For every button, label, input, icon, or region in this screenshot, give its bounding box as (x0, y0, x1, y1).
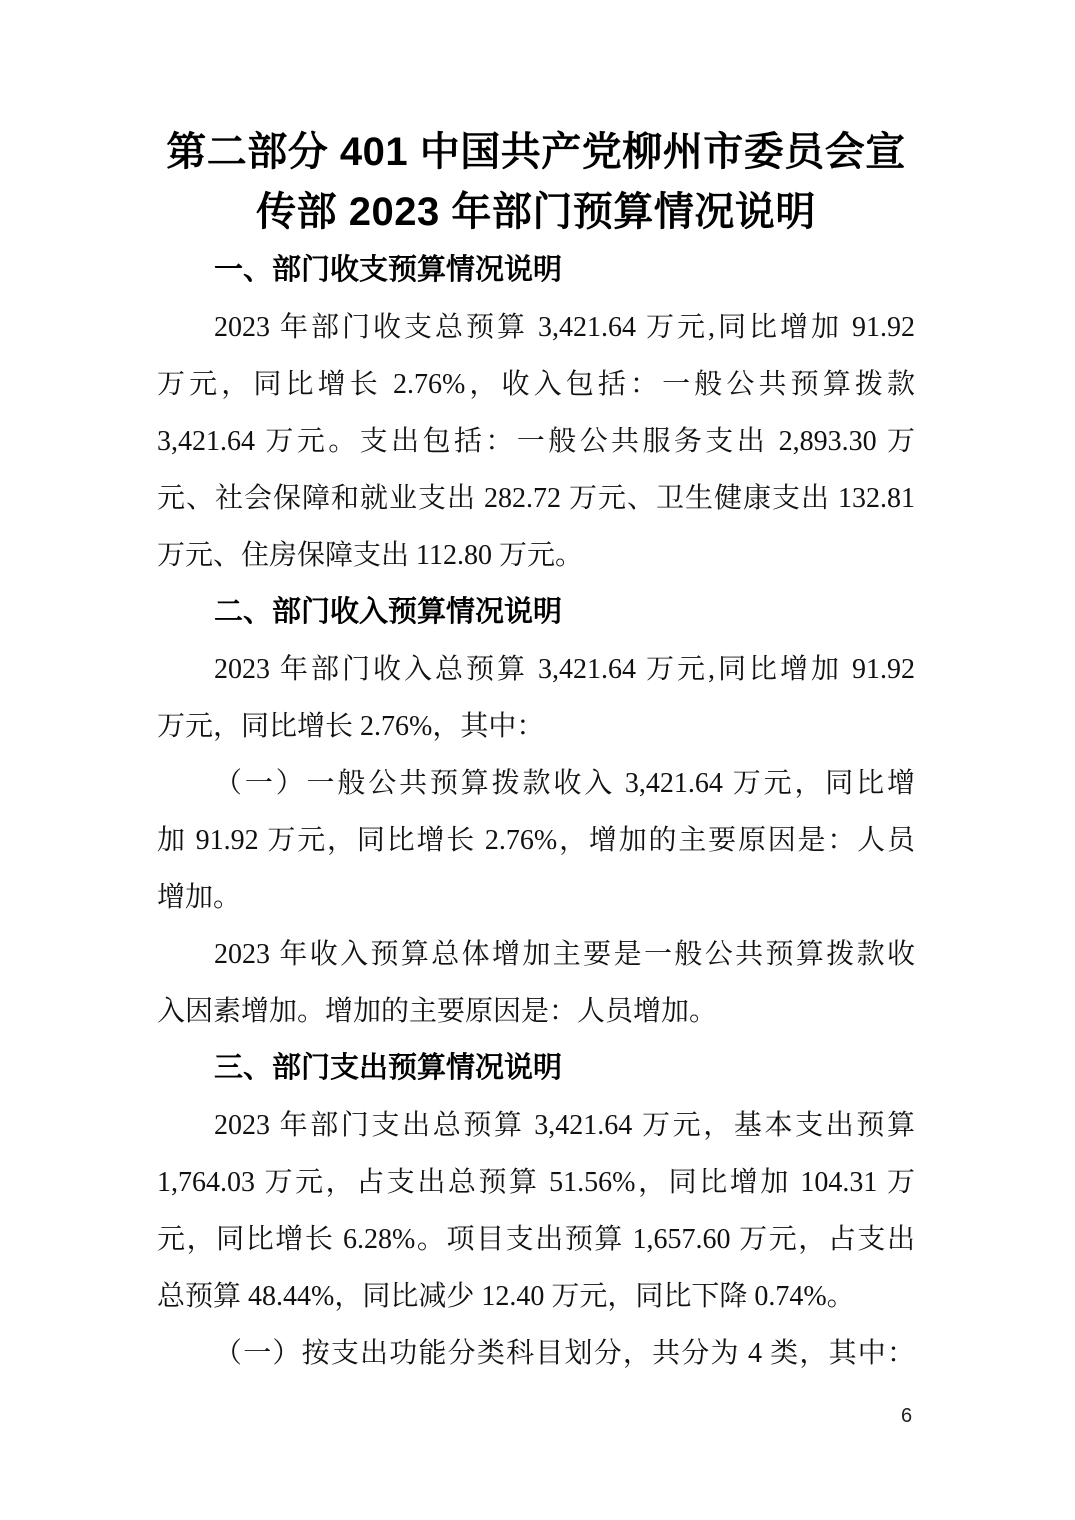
paragraph-expense-total-line: 1,764.03 万元，占支出总预算 51.56%，同比增加 104.31 万 (157, 1154, 915, 1211)
paragraph-income-expense-total-line: 元、社会保障和就业支出 282.72 万元、卫生健康支出 132.81 (157, 470, 915, 527)
paragraph-income-expense-total-line: 万元，同比增长 2.76%，收入包括：一般公共预算拨款 (157, 356, 915, 413)
section-heading-3: 三、部门支出预算情况说明 (157, 1040, 915, 1097)
page-number: 6 (901, 1404, 912, 1428)
document-title-line: 第二部分 401 中国共产党柳州市委员会宣 (157, 122, 915, 182)
paragraph-expense-classification-line: （一）按支出功能分类科目划分，共分为 4 类，其中： (157, 1325, 915, 1382)
paragraph-income-item-1-line: 加 91.92 万元，同比增长 2.76%，增加的主要原因是：人员 (157, 812, 915, 869)
paragraph-expense-total-line: 2023 年部门支出总预算 3,421.64 万元，基本支出预算 (157, 1097, 915, 1154)
section-heading-2: 二、部门收入预算情况说明 (157, 584, 915, 641)
paragraph-income-total-line: 万元，同比增长 2.76%，其中： (157, 698, 915, 755)
document-content: 第二部分 401 中国共产党柳州市委员会宣传部 2023 年部门预算情况说明 一… (157, 122, 915, 1382)
paragraph-income-expense-total-line: 3,421.64 万元。支出包括：一般公共服务支出 2,893.30 万 (157, 413, 915, 470)
paragraph-income-item-1-line: 增加。 (157, 869, 915, 926)
paragraph-income-total-line: 2023 年部门收入总预算 3,421.64 万元,同比增加 91.92 (157, 641, 915, 698)
paragraph-income-expense-total-line: 2023 年部门收支总预算 3,421.64 万元,同比增加 91.92 (157, 299, 915, 356)
document-body: 一、部门收支预算情况说明2023 年部门收支总预算 3,421.64 万元,同比… (157, 242, 915, 1382)
document-page: 第二部分 401 中国共产党柳州市委员会宣传部 2023 年部门预算情况说明 一… (0, 0, 1075, 1520)
document-title-line: 传部 2023 年部门预算情况说明 (157, 182, 915, 242)
paragraph-income-reason-line: 2023 年收入预算总体增加主要是一般公共预算拨款收 (157, 926, 915, 983)
paragraph-income-reason-line: 入因素增加。增加的主要原因是：人员增加。 (157, 983, 915, 1040)
paragraph-income-expense-total-line: 万元、住房保障支出 112.80 万元。 (157, 527, 915, 584)
paragraph-expense-total-line: 总预算 48.44%，同比减少 12.40 万元，同比下降 0.74%。 (157, 1268, 915, 1325)
document-title: 第二部分 401 中国共产党柳州市委员会宣传部 2023 年部门预算情况说明 (157, 122, 915, 242)
paragraph-income-item-1-line: （一）一般公共预算拨款收入 3,421.64 万元，同比增 (157, 755, 915, 812)
paragraph-expense-total-line: 元，同比增长 6.28%。项目支出预算 1,657.60 万元，占支出 (157, 1211, 915, 1268)
section-heading-1: 一、部门收支预算情况说明 (157, 242, 915, 299)
